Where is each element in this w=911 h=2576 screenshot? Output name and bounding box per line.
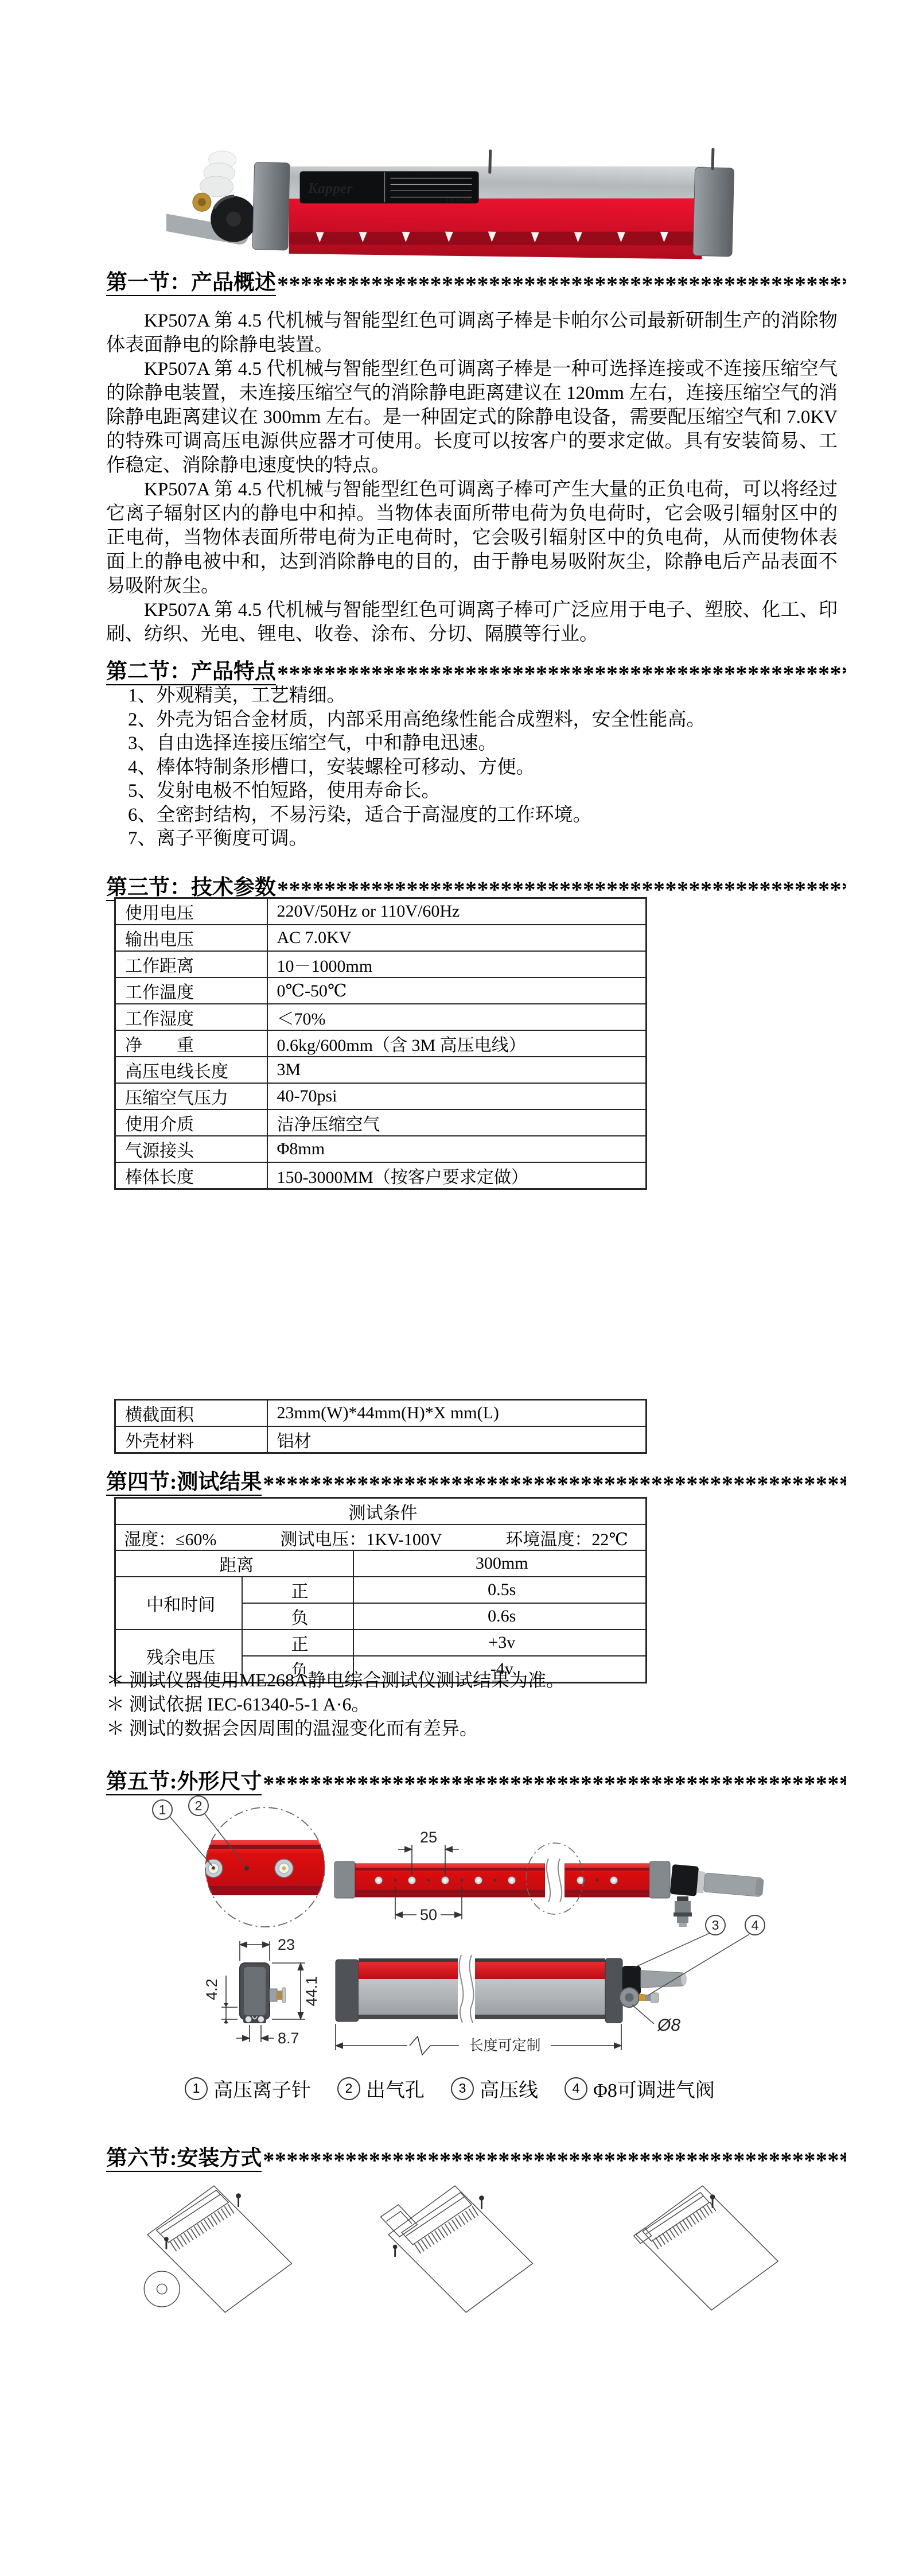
param-value: Φ8mm: [267, 1136, 647, 1162]
polarity-positive: 正: [242, 1577, 353, 1603]
callout-3-icon: 3: [706, 1915, 725, 1935]
param-label: 工作距离: [115, 951, 267, 977]
section-4-stars: ****************************************…: [263, 1471, 846, 1496]
param-value: ＜70%: [267, 1004, 647, 1030]
bar-side-view: [336, 1955, 687, 2023]
param-value: 150-3000MM（按客户要求定做）: [267, 1162, 647, 1189]
feature-item: 1、外观精美，工艺精细。: [128, 684, 706, 708]
param-label: 外壳材料: [115, 1426, 267, 1453]
param-value: 220V/50Hz or 110V/60Hz: [267, 898, 647, 925]
section-4-title: 第四节:测试结果: [106, 1471, 262, 1496]
ion-needle-detail: [275, 1859, 293, 1877]
paragraph: KP507A 第 4.5 代机械与智能型红色可调离子棒可产生大量的正负电荷，可以…: [106, 478, 838, 598]
detail-view: [201, 1840, 330, 1895]
callout-4-icon: 4: [745, 1915, 765, 1935]
feature-list: 1、外观精美，工艺精细。 2、外壳为铝合金材质，内部采用高绝缘性能合成塑料，安全…: [128, 684, 706, 851]
legend-1-label: 高压离子针: [213, 2074, 311, 2102]
param-label: 输出电压: [115, 925, 267, 951]
ionizer-bar-art: [157, 2190, 229, 2243]
legend-4-icon: 4: [564, 2077, 587, 2100]
left-end-block: [252, 162, 290, 250]
callout-1-icon: 1: [153, 1800, 172, 1820]
tech-params-table: 使用电压220V/50Hz or 110V/60Hz 输出电压AC 7.0KV …: [114, 897, 647, 1190]
hv-cable-side: [641, 1970, 686, 1988]
section-2-header: 第二节：产品特点********************************…: [106, 658, 846, 685]
param-label: 净 重: [115, 1030, 267, 1057]
callout-2-icon: 2: [189, 1796, 208, 1815]
cond-temperature: 环境温度：22℃: [505, 1525, 628, 1550]
installation-diagram-3: [614, 2182, 780, 2313]
document-page: Kapper CE RoHS 第一节：产品概述*****************…: [0, 0, 911, 2576]
param-value: 0℃-50℃: [267, 977, 647, 1004]
legend-item-2: 2 出气孔: [337, 2074, 425, 2102]
section-4-header: 第四节:测试结果********************************…: [106, 1468, 846, 1496]
needle-comb: [417, 2209, 478, 2249]
hv-connector: [670, 1864, 765, 1902]
param-value: 洁净压缩空气: [267, 1109, 647, 1136]
dimension-drawing-side: 23 44.1 4.2 8.7: [86, 1911, 832, 2072]
param-value: 10－1000mm: [267, 951, 647, 977]
distance-label: 距离: [115, 1550, 353, 1577]
installation-diagrams: [132, 2182, 780, 2313]
installation-diagram-2: [373, 2182, 539, 2313]
svg-text:4: 4: [752, 1918, 759, 1933]
param-value: 40-70psi: [267, 1083, 647, 1109]
section-6-header: 第六节:安装方式********************************…: [106, 2144, 846, 2172]
neutral-positive-value: 0.5s: [353, 1577, 647, 1603]
installation-diagram-1: [132, 2182, 298, 2313]
cond-voltage: 测试电压：1KV-100V: [280, 1525, 442, 1550]
polarity-positive: 正: [242, 1630, 353, 1656]
screw: [236, 2193, 241, 2198]
table-row: 残余电压 正 +3v: [115, 1630, 647, 1656]
section-1-stars: ****************************************…: [277, 271, 846, 296]
legend-1-icon: 1: [185, 2077, 208, 2100]
test-conditions-header: 测试条件: [115, 1498, 647, 1525]
needle-comb: [655, 2206, 714, 2245]
table-row: 湿度：≤60% 测试电压：1KV-100V 环境温度：22℃: [115, 1524, 647, 1550]
legend-item-4: 4 Φ8可调进气阀: [564, 2074, 715, 2102]
section-1-paragraphs: KP507A 第 4.5 代机械与智能型红色可调离子棒是卡帕尔公司最新研制生产的…: [106, 309, 838, 646]
brand-text: Kapper: [307, 180, 353, 196]
screw: [164, 2237, 169, 2241]
drawing-legend: 1 高压离子针 2 出气孔 3 高压线 4 Φ8可调进气阀: [185, 2074, 715, 2102]
svg-text:25: 25: [420, 1829, 437, 1846]
dim-23: 23: [240, 1936, 295, 1961]
ionizer-bar-art: [643, 2193, 709, 2241]
test-conditions-row: 湿度：≤60% 测试电压：1KV-100V 环境温度：22℃: [115, 1524, 647, 1550]
end-cross-section: [240, 1963, 286, 2023]
section-2-stars: ****************************************…: [277, 661, 846, 685]
table-row: 中和时间 正 0.5s: [115, 1577, 647, 1603]
param-value: 23mm(W)*44mm(H)*X mm(L): [267, 1400, 647, 1427]
section-6-stars: ****************************************…: [263, 2147, 846, 2172]
table-row: 压缩空气压力40-70psi: [115, 1083, 647, 1109]
table-row: 输出电压AC 7.0KV: [115, 925, 647, 951]
param-value: 3M: [267, 1057, 647, 1083]
cond-humidity: 湿度：≤60%: [124, 1525, 216, 1550]
screw: [710, 2194, 715, 2199]
table-row: 横截面积23mm(W)*44mm(H)*X mm(L): [115, 1400, 647, 1427]
table-row: 净 重0.6kg/600mm（含 3M 高压电线）: [115, 1030, 647, 1057]
table-row: 使用介质洁净压缩空气: [115, 1109, 647, 1136]
svg-text:4.2: 4.2: [203, 1978, 220, 2000]
dim-diameter-8: Ø8: [632, 2005, 680, 2035]
feature-item: 6、全密封结构，不易污染，适合于高湿度的工作环境。: [128, 804, 706, 828]
dim-length: 长度可定制: [336, 2024, 621, 2056]
svg-text:1: 1: [159, 1802, 166, 1817]
legend-2-icon: 2: [337, 2077, 360, 2100]
dim-4-2: 4.2: [203, 1976, 238, 2024]
neutral-negative-value: 0.6s: [353, 1603, 647, 1630]
legend-item-3: 3 高压线: [451, 2074, 538, 2102]
polarity-negative: 负: [242, 1603, 353, 1630]
distance-value: 300mm: [353, 1550, 647, 1577]
svg-text:2: 2: [195, 1798, 203, 1813]
param-label: 横截面积: [115, 1400, 267, 1427]
param-label: 工作温度: [115, 977, 267, 1004]
svg-text:Ø8: Ø8: [657, 2016, 680, 2035]
param-value: 铝材: [267, 1426, 647, 1453]
test-results-table: 测试条件 湿度：≤60% 测试电压：1KV-100V 环境温度：22℃ 距离 3…: [114, 1497, 647, 1683]
dimensions-table: 横截面积23mm(W)*44mm(H)*X mm(L) 外壳材料铝材: [114, 1399, 647, 1454]
param-value: 0.6kg/600mm（含 3M 高压电线）: [267, 1030, 647, 1057]
param-label: 使用介质: [115, 1109, 267, 1136]
param-label: 棒体长度: [115, 1162, 267, 1189]
param-label: 使用电压: [115, 898, 267, 925]
cert-text: CE RoHS: [447, 197, 472, 203]
feature-item: 3、自由选择连接压缩空气，中和静电迅速。: [128, 732, 706, 756]
ionizer-bar-photo: Kapper CE RoHS: [166, 139, 734, 263]
section-1-title: 第一节：产品概述: [106, 271, 276, 296]
roller: [144, 2271, 180, 2307]
svg-text:3: 3: [712, 1918, 719, 1933]
product-photo: Kapper CE RoHS: [166, 139, 743, 263]
legend-2-label: 出气孔: [366, 2074, 425, 2102]
table-row: 工作湿度＜70%: [115, 1004, 647, 1030]
feature-item: 2、外壳为铝合金材质，内部采用高绝缘性能合成塑料，安全性能高。: [128, 708, 706, 732]
legend-3-label: 高压线: [480, 2074, 538, 2102]
table-row: 工作距离10－1000mm: [115, 951, 647, 977]
param-label: 气源接头: [115, 1136, 267, 1162]
paragraph: KP507A 第 4.5 代机械与智能型红色可调离子棒是一种可选择连接或不连接压…: [106, 357, 838, 478]
table-row: 距离 300mm: [115, 1550, 647, 1577]
neutral-time-label: 中和时间: [115, 1577, 242, 1630]
mounting-pin: [488, 149, 492, 173]
screw: [479, 2195, 484, 2201]
hv-cable: [703, 1873, 762, 1897]
section-2-title: 第二节：产品特点: [106, 660, 276, 685]
svg-text:44.1: 44.1: [303, 1976, 320, 2007]
residual-positive-value: +3v: [353, 1630, 647, 1656]
feature-item: 5、发射电极不怕短路，使用寿命长。: [128, 779, 706, 804]
paragraph: KP507A 第 4.5 代机械与智能型红色可调离子棒可广泛应用于电子、塑胶、化…: [106, 598, 838, 646]
legend-3-icon: 3: [451, 2077, 474, 2100]
test-notes: ＊ 测试仪器使用ME268A静电综合测试仪测试结果为准。 ＊ 测试依据 IEC-…: [106, 1668, 564, 1740]
dim-8-7: 8.7: [236, 2025, 299, 2047]
paragraph: KP507A 第 4.5 代机械与智能型红色可调离子棒是卡帕尔公司最新研制生产的…: [106, 309, 838, 357]
feature-item: 4、棒体特制条形槽口，安装螺栓可移动、方便。: [128, 756, 706, 780]
legend-item-1: 1 高压离子针: [185, 2074, 311, 2102]
note-line: ＊ 测试仪器使用ME268A静电综合测试仪测试结果为准。: [106, 1668, 564, 1692]
table-row: 气源接头Φ8mm: [115, 1136, 647, 1162]
param-label: 工作湿度: [115, 1004, 267, 1030]
table-row: 高压电线长度3M: [115, 1057, 647, 1083]
param-label: 高压电线长度: [115, 1057, 267, 1083]
side-fitting: [270, 1988, 286, 2003]
table-row: 使用电压220V/50Hz or 110V/60Hz: [115, 898, 647, 925]
right-end-block: [693, 167, 734, 257]
svg-text:23: 23: [278, 1936, 295, 1953]
param-label: 压缩空气压力: [115, 1083, 267, 1109]
svg-text:8.7: 8.7: [278, 2030, 299, 2047]
feature-item: 7、离子平衡度可调。: [128, 827, 706, 851]
screw: [393, 2245, 398, 2249]
legend-4-label: Φ8可调进气阀: [593, 2074, 715, 2102]
mounting-pin: [711, 148, 715, 170]
product-label: Kapper CE RoHS: [300, 171, 479, 203]
table-row: 外壳材料铝材: [115, 1426, 647, 1453]
table-row: 测试条件: [115, 1498, 647, 1525]
param-value: AC 7.0KV: [267, 925, 647, 951]
section-1-header: 第一节：产品概述********************************…: [106, 269, 846, 296]
section-6-title: 第六节:安装方式: [106, 2147, 262, 2172]
table-row: 工作温度0℃-50℃: [115, 977, 647, 1004]
svg-text:长度可定制: 长度可定制: [469, 2038, 540, 2054]
note-line: ＊ 测试的数据会因周围的温湿变化而有差异。: [106, 1716, 564, 1740]
note-line: ＊ 测试依据 IEC-61340-5-1 A·6。: [106, 1692, 564, 1716]
table-row: 棒体长度150-3000MM（按客户要求定做）: [115, 1162, 647, 1189]
